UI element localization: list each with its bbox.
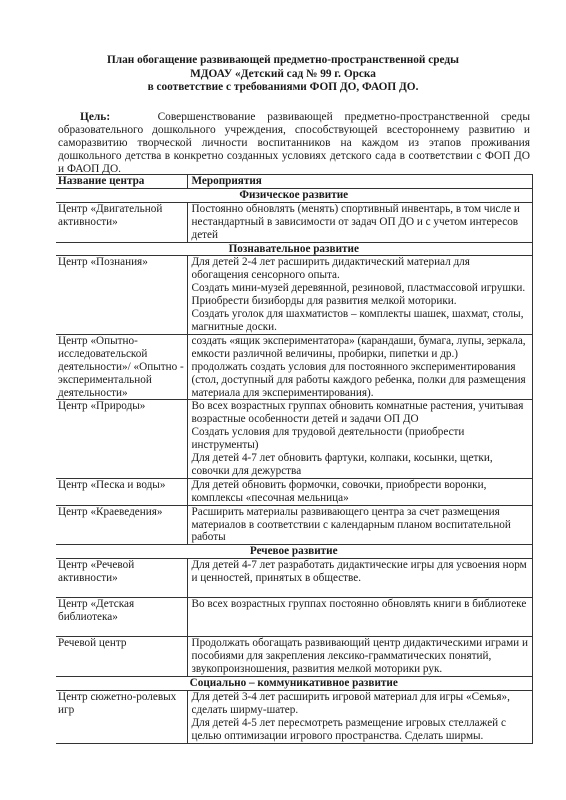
activity-item: Во всех возрастных группах постоянно обн… bbox=[192, 598, 530, 611]
activity-item: Для детей 4-7 лет разработать дидактичес… bbox=[192, 559, 530, 585]
activities-cell: Для детей 4-7 лет разработать дидактичес… bbox=[187, 559, 532, 598]
section-title: Физическое развитие bbox=[56, 188, 532, 202]
activities-cell: Во всех возрастных группах постоянно обн… bbox=[187, 598, 532, 637]
document-title: План обогащение развивающей предметно-пр… bbox=[0, 54, 566, 95]
center-name-cell: Центр «Речевой активности» bbox=[56, 559, 187, 598]
activities-cell: Для детей обновить формочки, совочки, пр… bbox=[187, 478, 532, 505]
activity-item: Создать мини-музей деревянной, резиновой… bbox=[192, 282, 530, 295]
table-row: Центр «Природы»Во всех возрастных группа… bbox=[56, 400, 532, 478]
table-row: Центр «Краеведения»Расширить материалы р… bbox=[56, 505, 532, 545]
table-row: Центр «Песка и воды»Для детей обновить ф… bbox=[56, 478, 532, 505]
center-name-cell: Центр «Природы» bbox=[56, 400, 187, 478]
activities-cell: Для детей 2-4 лет расширить дидактически… bbox=[187, 256, 532, 334]
section-row: Социально – коммуникативное развитие bbox=[56, 677, 532, 691]
header-center-name: Название центра bbox=[56, 175, 187, 189]
table-row: Центр «Детская библиотека»Во всех возрас… bbox=[56, 598, 532, 637]
goal-text: Совершенствование развивающей предметно-… bbox=[58, 111, 530, 175]
table-row: Центр «Двигательной активности»Постоянно… bbox=[56, 202, 532, 242]
activity-item: Создать уголок для шахматистов – комплек… bbox=[192, 308, 530, 334]
goal-paragraph: Цель: Совершенствование развивающей пред… bbox=[58, 111, 530, 176]
section-title: Социально – коммуникативное развитие bbox=[56, 677, 532, 691]
table-body: Физическое развитиеЦентр «Двигательной а… bbox=[56, 188, 532, 743]
center-name-cell: Центр «Детская библиотека» bbox=[56, 598, 187, 637]
center-name-cell: Центр «Краеведения» bbox=[56, 505, 187, 545]
section-row: Речевое развитие bbox=[56, 545, 532, 559]
activity-item: создать «ящик экспериментатора» (каранда… bbox=[192, 335, 530, 361]
center-name-cell: Центр «Познания» bbox=[56, 256, 187, 334]
activities-cell: Во всех возрастных группах обновить комн… bbox=[187, 400, 532, 478]
table-row: Центр «Опытно-исследовательской деятельн… bbox=[56, 334, 532, 400]
section-title: Речевое развитие bbox=[56, 545, 532, 559]
activities-cell: Продолжать обогащать развивающий центр д… bbox=[187, 637, 532, 677]
section-title: Познавательное развитие bbox=[56, 242, 532, 256]
plan-table: Название центра Мероприятия Физическое р… bbox=[56, 174, 533, 744]
activity-item: Для детей 4-7 лет обновить фартуки, колп… bbox=[192, 452, 530, 478]
table-header-row: Название центра Мероприятия bbox=[56, 175, 532, 189]
title-line-2: МДОАУ «Детский сад № 99 г. Орска bbox=[0, 68, 566, 82]
activity-item: Создать условия для трудовой деятельност… bbox=[192, 426, 530, 452]
table-row: Центр «Речевой активности»Для детей 4-7 … bbox=[56, 559, 532, 598]
activity-item: Для детей обновить формочки, совочки, пр… bbox=[192, 479, 530, 505]
title-line-3: в соответствие с требованиями ФОП ДО, ФА… bbox=[0, 81, 566, 95]
section-row: Познавательное развитие bbox=[56, 242, 532, 256]
document-page: План обогащение развивающей предметно-пр… bbox=[0, 0, 566, 800]
activities-cell: создать «ящик экспериментатора» (каранда… bbox=[187, 334, 532, 400]
activity-item: Для детей 4-5 лет пересмотреть размещени… bbox=[192, 717, 530, 743]
title-line-1: План обогащение развивающей предметно-пр… bbox=[0, 54, 566, 68]
activity-item: Во всех возрастных группах обновить комн… bbox=[192, 400, 530, 426]
center-name-cell: Речевой центр bbox=[56, 637, 187, 677]
activities-cell: Расширить материалы развивающего центра … bbox=[187, 505, 532, 545]
activities-cell: Постоянно обновлять (менять) спортивный … bbox=[187, 202, 532, 242]
activity-item: Для детей 3-4 лет расширить игровой мате… bbox=[192, 691, 530, 717]
table-row: Центр сюжетно-ролевых игрДля детей 3-4 л… bbox=[56, 690, 532, 743]
activity-item: Приобрести бизиборды для развития мелкой… bbox=[192, 295, 530, 308]
activity-item: Расширить материалы развивающего центра … bbox=[192, 506, 530, 545]
activity-item: Для детей 2-4 лет расширить дидактически… bbox=[192, 256, 530, 282]
center-name-cell: Центр «Опытно-исследовательской деятельн… bbox=[56, 334, 187, 400]
goal-label: Цель: bbox=[80, 111, 110, 123]
activity-item: продолжать создать условия для постоянно… bbox=[192, 361, 530, 400]
center-name-cell: Центр «Двигательной активности» bbox=[56, 202, 187, 242]
center-name-cell: Центр сюжетно-ролевых игр bbox=[56, 690, 187, 743]
activity-item: Постоянно обновлять (менять) спортивный … bbox=[192, 203, 530, 242]
activity-item: Продолжать обогащать развивающий центр д… bbox=[192, 637, 530, 676]
center-name-cell: Центр «Песка и воды» bbox=[56, 478, 187, 505]
table-row: Центр «Познания»Для детей 2-4 лет расшир… bbox=[56, 256, 532, 334]
table-row: Речевой центрПродолжать обогащать развив… bbox=[56, 637, 532, 677]
header-activities: Мероприятия bbox=[187, 175, 532, 189]
activities-cell: Для детей 3-4 лет расширить игровой мате… bbox=[187, 690, 532, 743]
section-row: Физическое развитие bbox=[56, 188, 532, 202]
